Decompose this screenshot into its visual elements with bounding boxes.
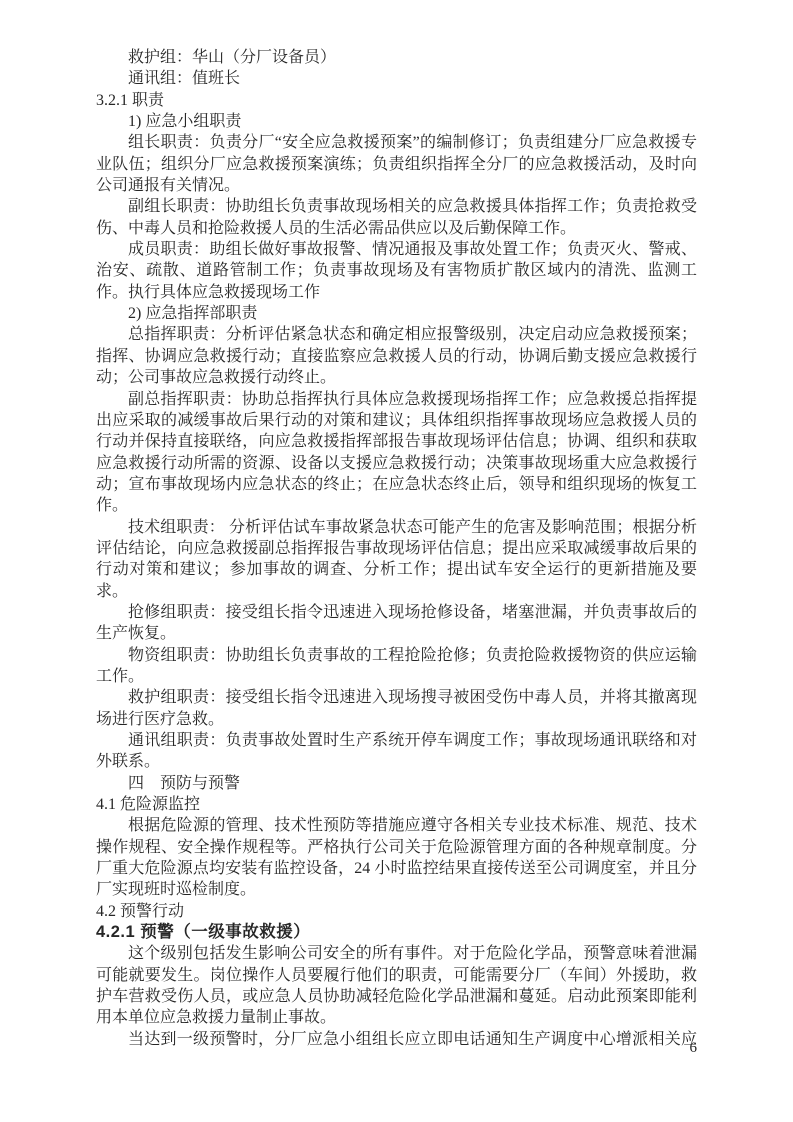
para-technical-group-duties: 技术组职责： 分析评估试车事故紧急状态可能产生的危害及影响范围；根据分析评估结论… — [96, 517, 697, 602]
para-leader-duties: 组长职责：负责分厂“安全应急救援预案”的编制修订；负责组建分厂应急救援专业队伍；… — [96, 132, 697, 196]
para-level1-notification: 当达到一级预警时，分厂应急小组组长应立即电话通知生产调度中心增派相关应 — [96, 1029, 697, 1050]
para-supplies-group-duties: 物资组职责：协助组长负责事故的工程抢险抢修；负责抢险救援物资的供应运输工作。 — [96, 645, 697, 688]
para-deputy-commander-duties: 副总指挥职责：协助总指挥执行具体应急救援现场指挥工作；应急救援总指挥提出应采取的… — [96, 389, 697, 517]
para-rescue-group-duties: 救护组职责：接受组长指令迅速进入现场搜寻被困受伤中毒人员，并将其撤离现场进行医疗… — [96, 687, 697, 730]
line-rescue-group-member: 救护组：华山（分厂设备员） — [96, 47, 697, 68]
heading-3-2-1-duties: 3.2.1 职责 — [96, 90, 697, 111]
chapter-4-prevention-warning: 四 预防与预警 — [96, 773, 697, 794]
para-hazard-monitoring: 根据危险源的管理、技术性预防等措施应遵守各相关专业技术标准、规范、技术操作规程、… — [96, 815, 697, 900]
subheading-2-command-post: 2) 应急指挥部职责 — [96, 303, 697, 324]
page-number: 6 — [690, 1039, 698, 1057]
subheading-1-emergency-team: 1) 应急小组职责 — [96, 111, 697, 132]
para-level1-description: 这个级别包括发生影响公司安全的所有事件。对于危险化学品，预警意味着泄漏可能就要发… — [96, 943, 697, 1028]
heading-4-2-1-level1-warning: 4.2.1 预警（一级事故救援） — [96, 922, 697, 943]
heading-4-2-warning-action: 4.2 预警行动 — [96, 901, 697, 922]
para-comms-group-duties: 通讯组职责：负责事故处置时生产系统开停车调度工作；事故现场通讯联络和对外联系。 — [96, 730, 697, 773]
para-deputy-leader-duties: 副组长职责：协助组长负责事故现场相关的应急救援具体指挥工作；负责抢救受伤、中毒人… — [96, 196, 697, 239]
line-comms-group-member: 通讯组：值班长 — [96, 68, 697, 89]
para-chief-commander-duties: 总指挥职责：分析评估紧急状态和确定相应报警级别，决定启动应急救援预案；指挥、协调… — [96, 324, 697, 388]
para-member-duties: 成员职责：助组长做好事故报警、情况通报及事故处置工作；负责灭火、警戒、治安、疏散… — [96, 239, 697, 303]
para-repair-group-duties: 抢修组职责：接受组长指令迅速进入现场抢修设备，堵塞泄漏，并负责事故后的生产恢复。 — [96, 602, 697, 645]
page-body: 救护组：华山（分厂设备员） 通讯组：值班长 3.2.1 职责 1) 应急小组职责… — [96, 47, 697, 1050]
heading-4-1-hazard-monitoring: 4.1 危险源监控 — [96, 794, 697, 815]
document-page: 救护组：华山（分厂设备员） 通讯组：值班长 3.2.1 职责 1) 应急小组职责… — [0, 0, 793, 1122]
